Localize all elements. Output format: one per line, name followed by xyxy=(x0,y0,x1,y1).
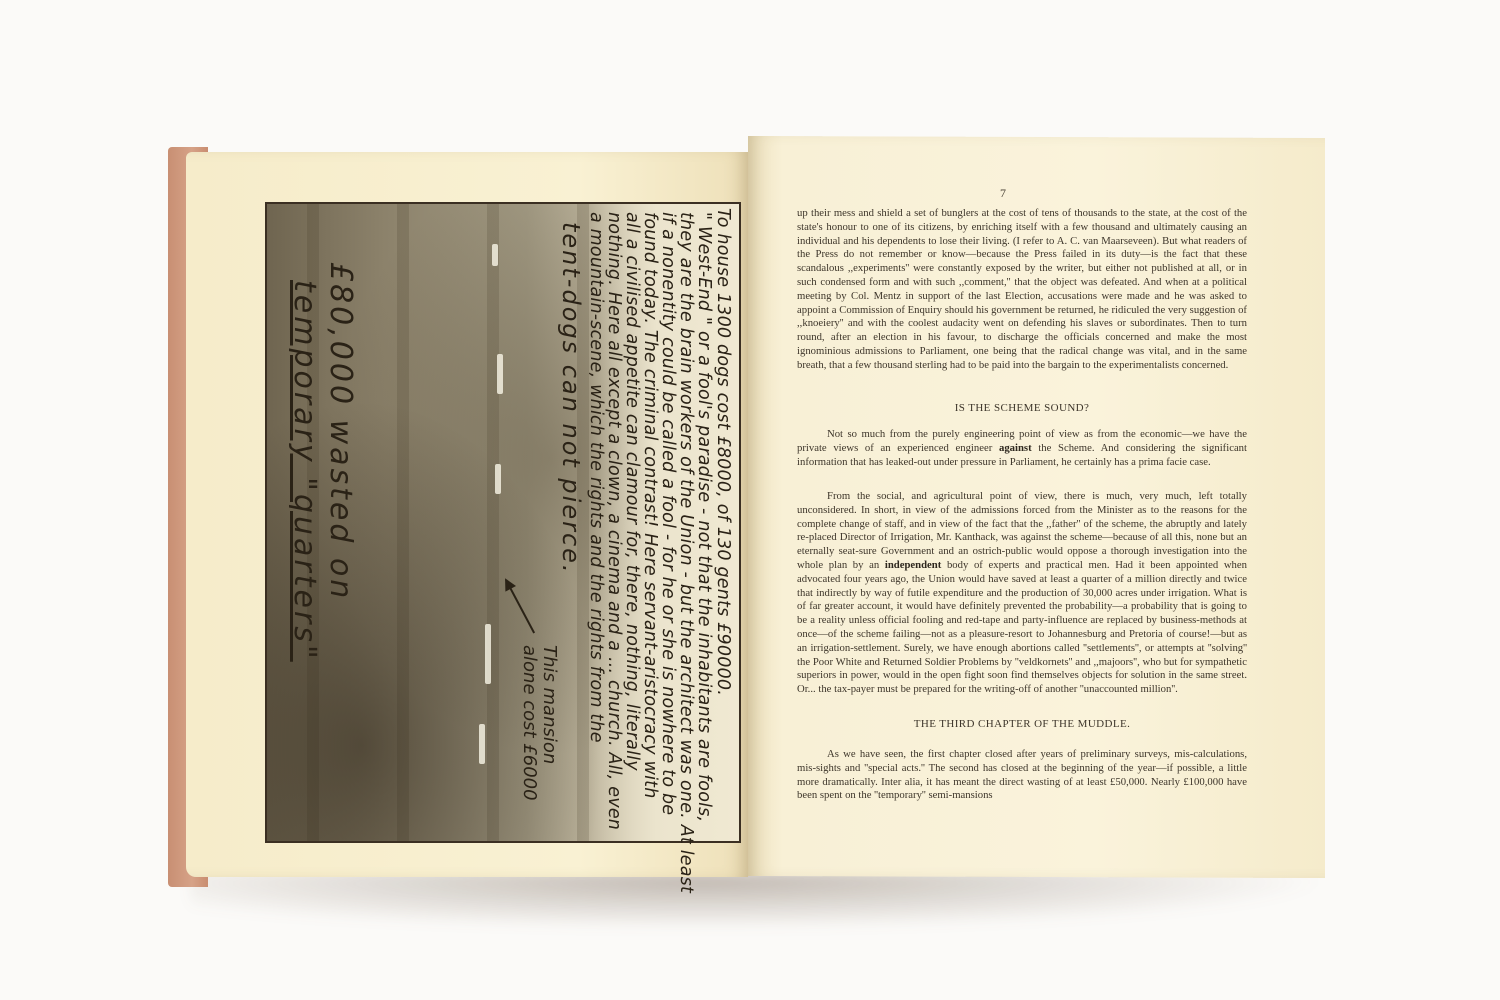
handwritten-line: they are the brain workers of the Union … xyxy=(676,212,696,893)
handwritten-temporary-quarters: temporary "quarters" xyxy=(287,280,322,662)
photo-building xyxy=(485,624,491,684)
handwritten-line: a mountain-scene, which the rights and t… xyxy=(586,212,606,743)
paragraph-text: up their mess and shield a set of bungle… xyxy=(797,207,1247,373)
photo-building xyxy=(479,724,485,764)
book-shadow xyxy=(190,870,1330,930)
handwritten-mansion-cost: alone cost £6000 xyxy=(519,645,540,801)
emphasis-text: independent xyxy=(885,559,941,571)
body-paragraph: As we have seen, the first chapter close… xyxy=(797,748,1247,803)
handwritten-line: nothing. Here all except a clown, a cine… xyxy=(604,212,624,830)
body-paragraph: Not so much from the purely engineering … xyxy=(797,428,1247,469)
section-heading-third-chapter: THE THIRD CHAPTER OF THE MUDDLE. xyxy=(797,718,1247,730)
handwritten-mansion-note: This mansion xyxy=(539,645,560,764)
paragraph-text: As we have seen, the first chapter close… xyxy=(797,748,1247,803)
handwritten-line: found today. The criminal contrast! Here… xyxy=(640,212,660,799)
photo-building xyxy=(492,244,498,266)
handwritten-line: if a nonentity could be called a fool - … xyxy=(658,212,678,815)
paragraph-text: From the social, and agricultural point … xyxy=(797,490,1247,697)
handwritten-line: " West-End " or a fool's paradise - not … xyxy=(694,212,714,822)
body-paragraph: From the social, and agricultural point … xyxy=(797,490,1247,697)
handwritten-tent-dogs: tent-dogs can not pierce. xyxy=(557,222,585,575)
emphasis-text: against xyxy=(999,442,1032,454)
section-heading-scheme-sound: IS THE SCHEME SOUND? xyxy=(797,402,1247,414)
photo-building xyxy=(495,464,501,494)
handwritten-amount: £80,000 wasted on xyxy=(323,262,358,601)
page-number: 7 xyxy=(1000,186,1006,201)
text-span: body of experts and practical men. Had i… xyxy=(797,559,1247,695)
handwritten-line: all a civilised appetite can clamour for… xyxy=(622,212,642,771)
paragraph-text: Not so much from the purely engineering … xyxy=(797,428,1247,469)
handwritten-line: To house 1300 dogs cost £8000, of 130 ge… xyxy=(713,208,733,696)
body-paragraph: up their mess and shield a set of bungle… xyxy=(797,207,1247,373)
photo-building xyxy=(497,354,503,394)
